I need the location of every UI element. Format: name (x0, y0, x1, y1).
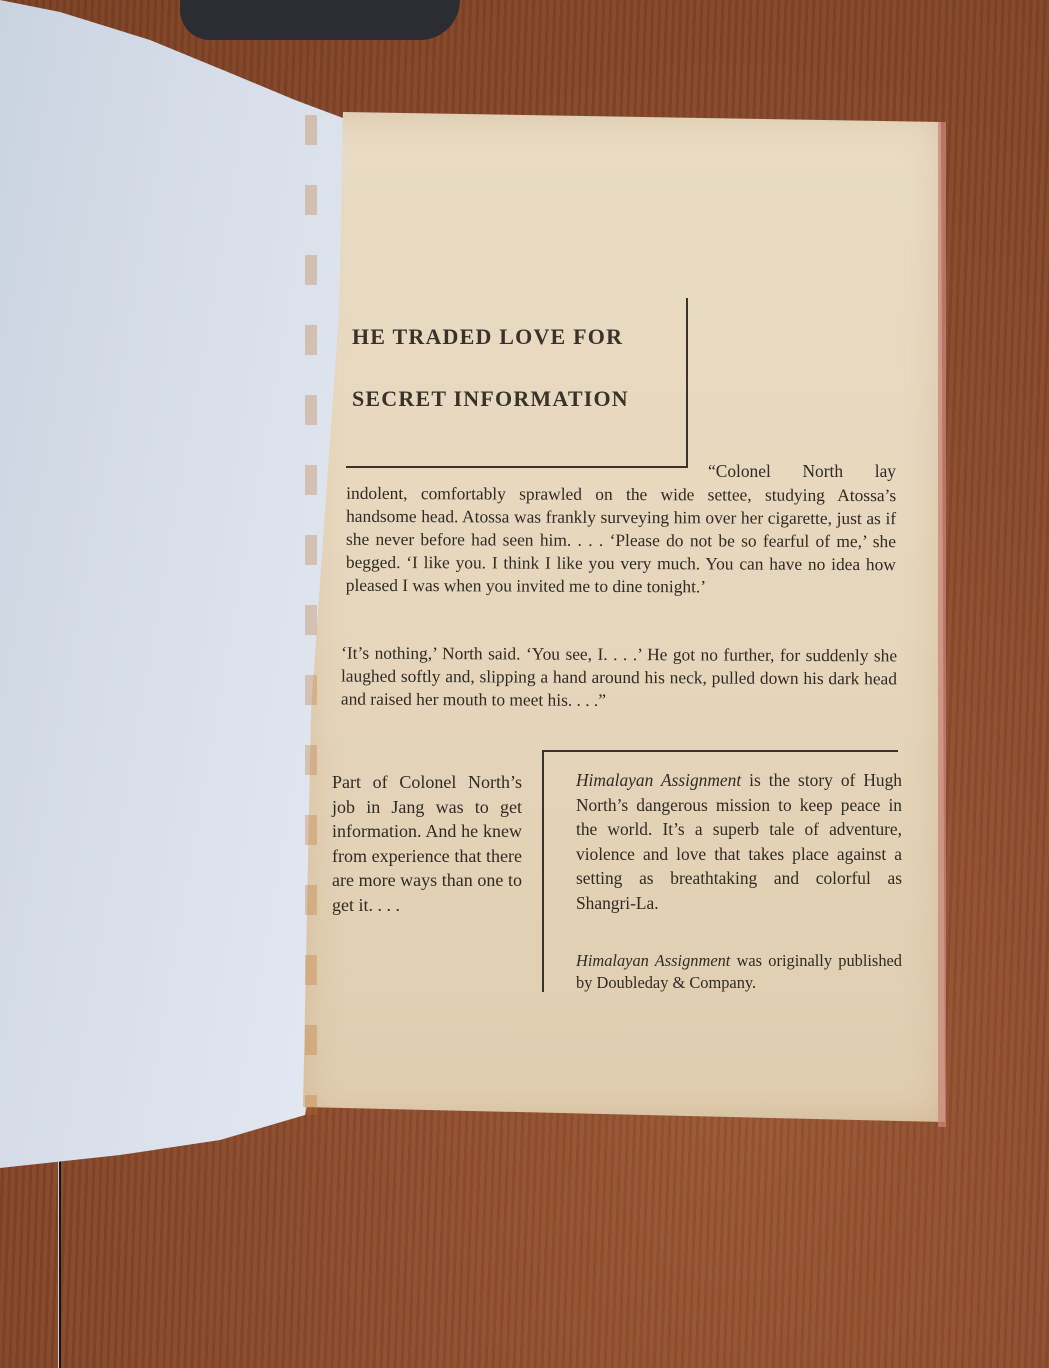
headline-box: HE TRADED LOVE FOR SECRET INFORMATION (346, 298, 688, 468)
book-title-2: Himalayan Assignment (576, 951, 730, 970)
blurb-description: Himalayan Assignment is the story of Hug… (576, 768, 902, 916)
table-seam (58, 1160, 61, 1368)
headline-line-2: SECRET INFORMATION (352, 386, 629, 412)
excerpt-opening: “Colonel North lay (708, 460, 896, 483)
publication-note: Himalayan Assignment was originally publ… (576, 950, 902, 994)
blurb-box: Himalayan Assignment is the story of Hug… (542, 750, 898, 992)
book-cover-edge (938, 122, 946, 1127)
left-blank-page (0, 0, 345, 1168)
dark-object-on-table (180, 0, 460, 40)
blurb-description-text: is the story of Hugh North’s dangerous m… (576, 770, 902, 913)
book-title: Himalayan Assignment (576, 770, 741, 790)
teaser-text: Part of Colonel North’s job in Jang was … (332, 770, 522, 917)
excerpt-paragraph-2: ‘It’s nothing,’ North said. ‘You see, I.… (341, 642, 897, 714)
headline-line-1: HE TRADED LOVE FOR (352, 324, 623, 350)
page-gutter-stain (305, 115, 317, 1115)
excerpt-paragraph-1: indolent, comfortably sprawled on the wi… (346, 482, 896, 599)
